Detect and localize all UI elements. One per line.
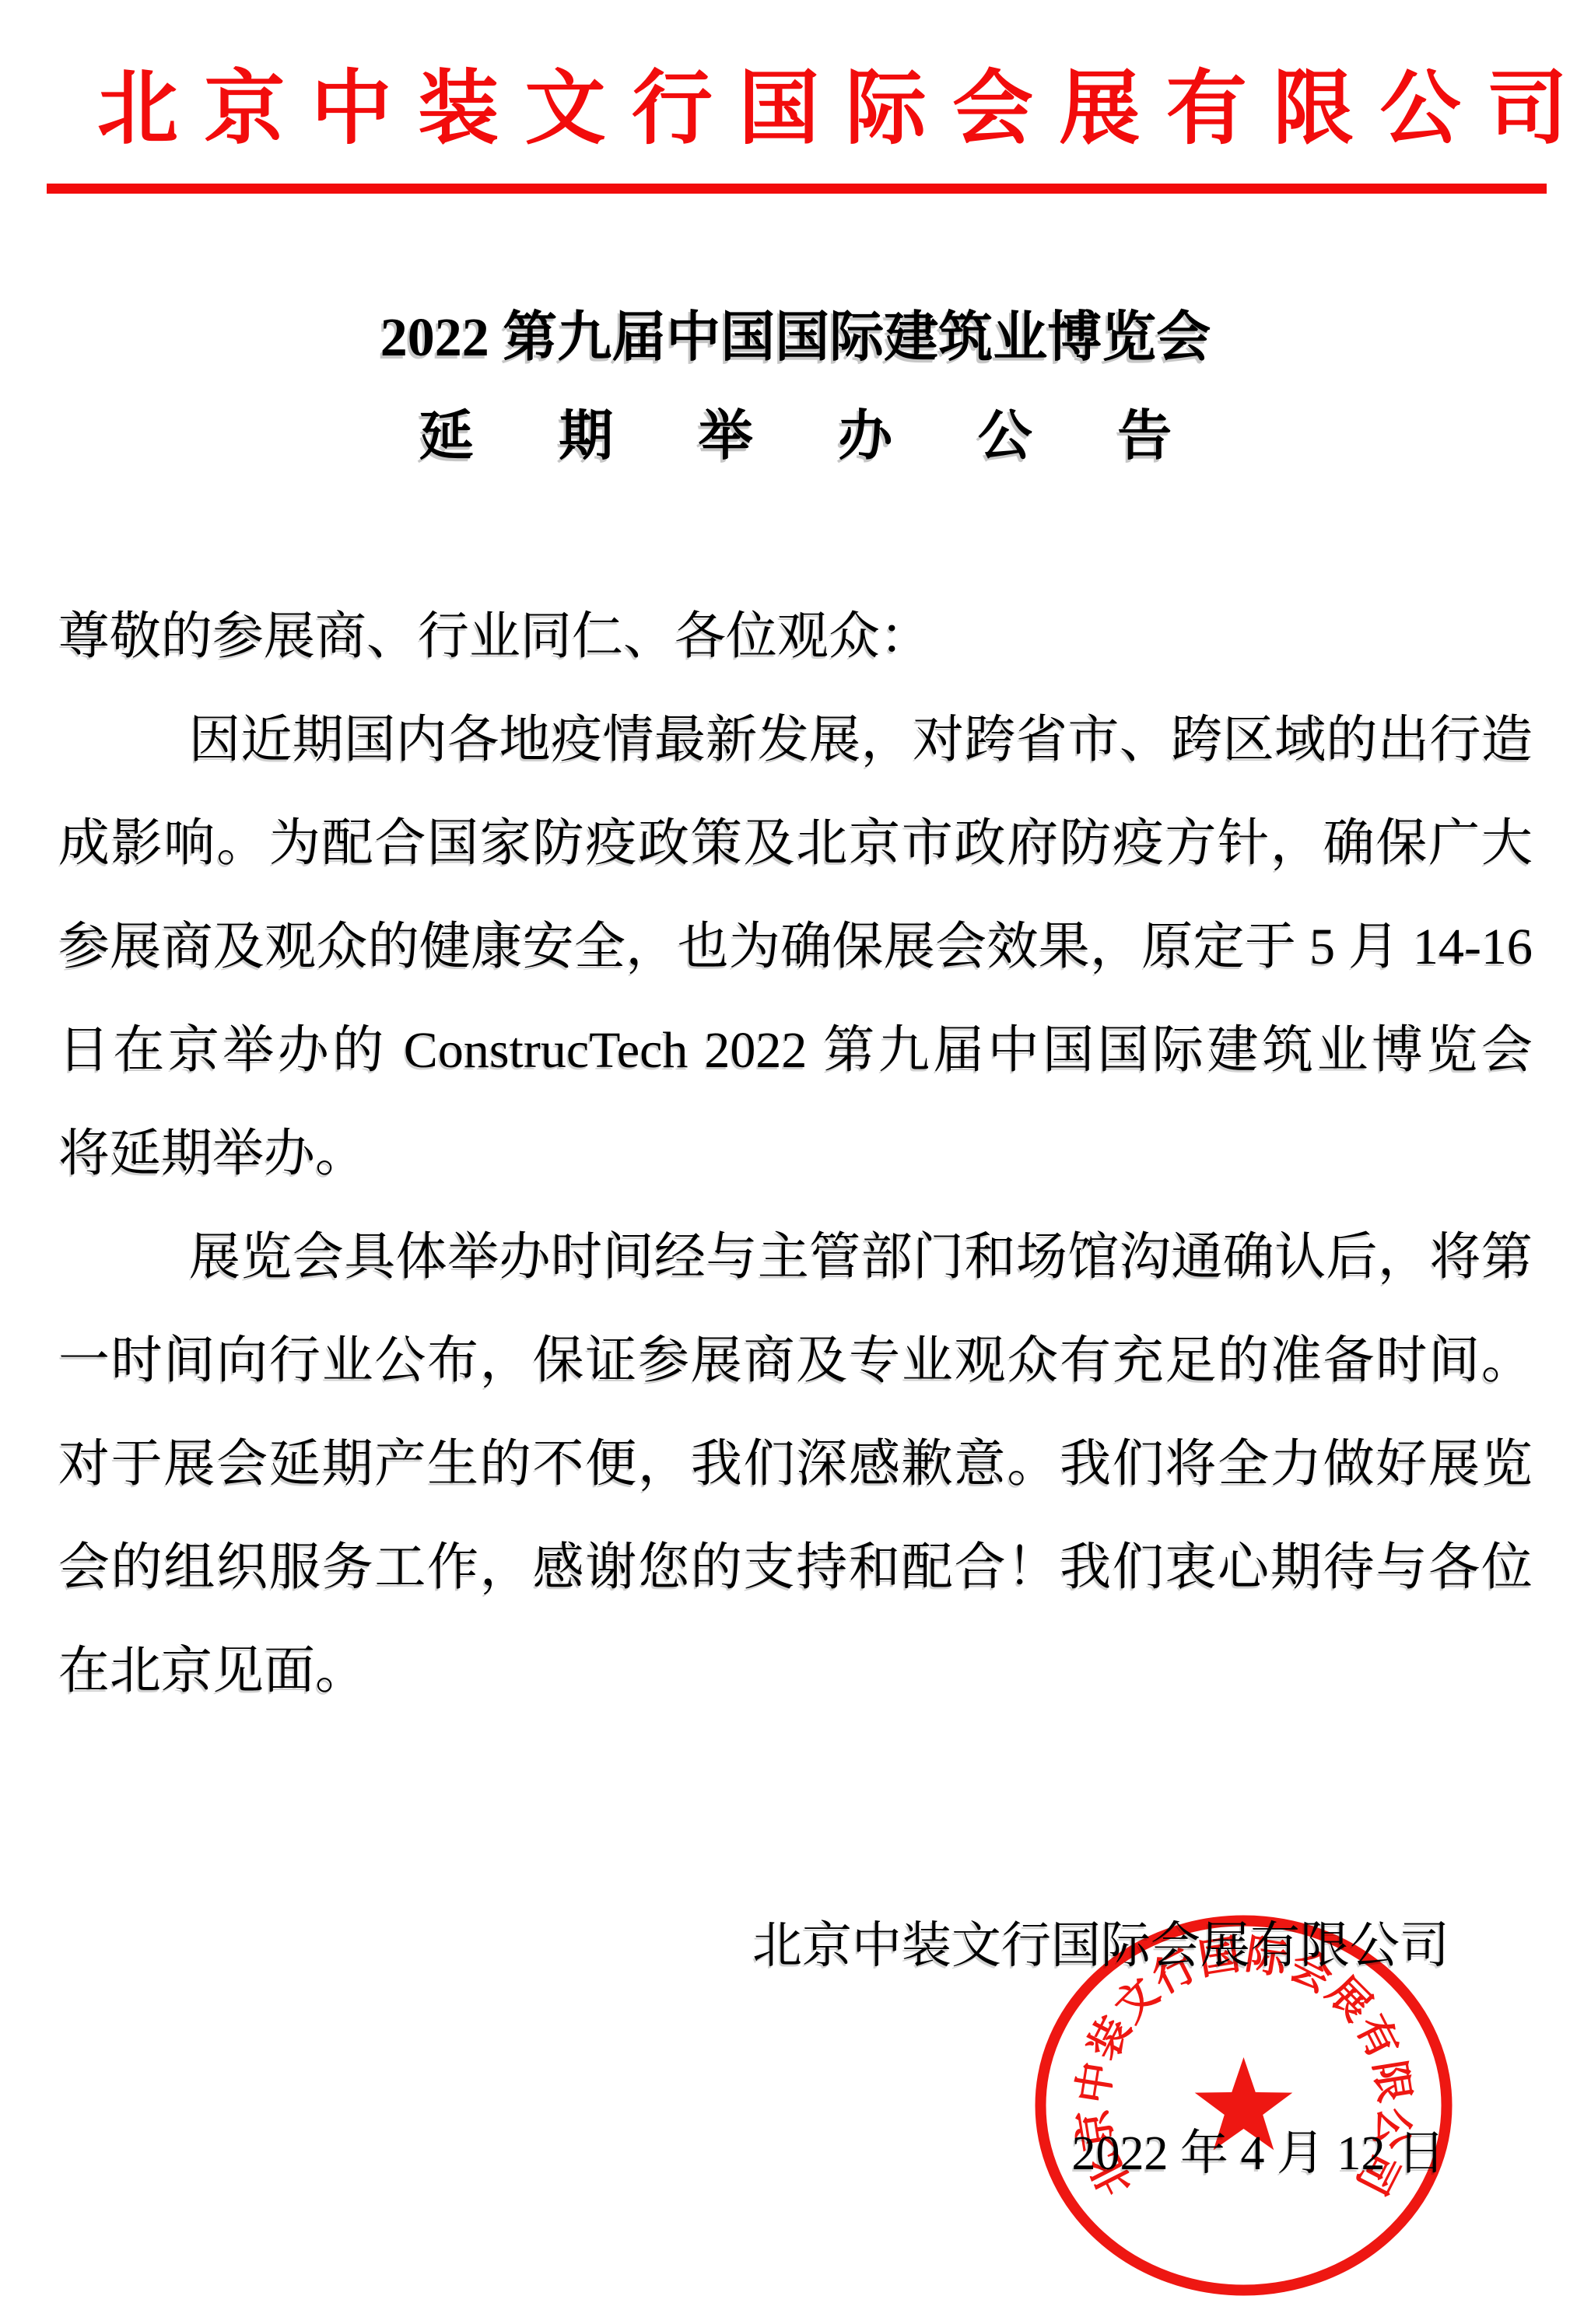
notice-title: 2022 第九届中国国际建筑业博览会 [0,311,1591,366]
letterhead-glyph: 国 [738,68,819,149]
notice-subtitle: 延 期 举 办 公 告 [0,410,1591,464]
body-line: 在北京见面。 [58,1619,1533,1723]
letterhead-company-name: 北京中装文行国际会展有限公司 [97,68,1568,149]
body-line: 成影响。为配合国家防疫政策及北京市政府防疫方针，确保广大 [58,792,1533,895]
letterhead-glyph: 北 [97,68,178,149]
body-line: 参展商及观众的健康安全，也为确保展会效果，原定于 5 月 14-16 [58,895,1533,999]
body-line: 将延期举办。 [58,1102,1533,1206]
letterhead-glyph: 中 [311,68,392,149]
letterhead-glyph: 装 [418,68,499,149]
salutation: 尊敬的参展商、行业同仁、各位观众： [58,585,1533,688]
letterhead-glyph: 际 [846,68,927,149]
notice-body: 尊敬的参展商、行业同仁、各位观众： 因近期国内各地疫情最新发展，对跨省市、跨区域… [58,585,1533,1723]
body-line: 会的组织服务工作，感谢您的支持和配合！我们衷心期待与各位 [58,1516,1533,1619]
letterhead-glyph: 司 [1487,68,1568,149]
body-line: 因近期国内各地疫情最新发展，对跨省市、跨区域的出行造 [58,688,1533,792]
letterhead-glyph: 会 [952,68,1033,149]
announcement-page: { "page": { "background": "#ffffff" }, "… [0,0,1591,2324]
letterhead-glyph: 京 [204,68,285,149]
letterhead-glyph: 行 [632,68,713,149]
letterhead-glyph: 展 [1059,68,1140,149]
body-paragraph-lines: 因近期国内各地疫情最新发展，对跨省市、跨区域的出行造成影响。为配合国家防疫政策及… [58,688,1533,1723]
letterhead-glyph: 有 [1166,68,1247,149]
signature-company: 北京中装文行国际会展有限公司 [752,1921,1449,1971]
letterhead-glyph: 公 [1380,68,1461,149]
body-line: 展览会具体举办时间经与主管部门和场馆沟通确认后，将第 [58,1206,1533,1309]
signature-date: 2022 年 4 月 12 日 [1071,2130,1446,2178]
letterhead-divider [47,184,1547,194]
letterhead-glyph: 文 [525,68,606,149]
body-line: 对于展会延期产生的不便，我们深感歉意。我们将全力做好展览 [58,1412,1533,1516]
body-line: 日在京举办的 ConstrucTech 2022 第九届中国国际建筑业博览会 [58,999,1533,1102]
body-line: 一时间向行业公布，保证参展商及专业观众有充足的准备时间。 [58,1309,1533,1412]
letterhead-glyph: 限 [1273,68,1354,149]
